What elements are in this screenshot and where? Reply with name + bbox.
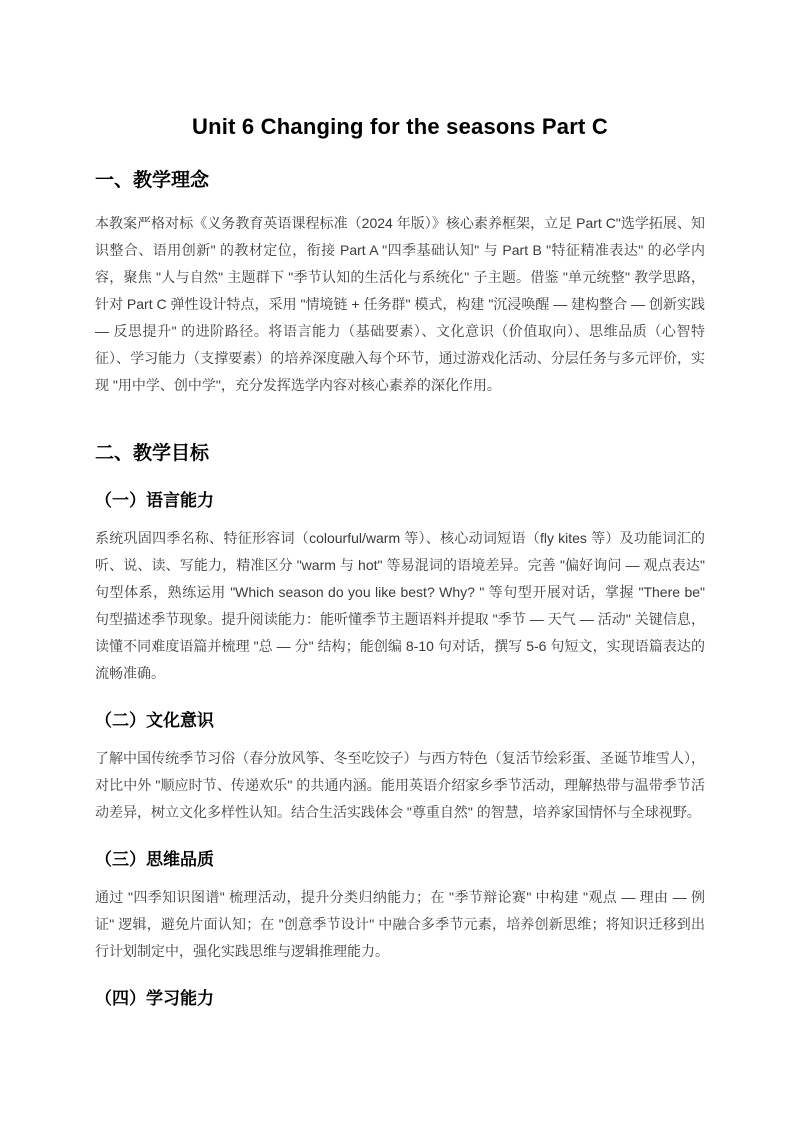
- subsection-heading-learning-ability: （四）学习能力: [95, 987, 705, 1011]
- document-page: Unit 6 Changing for the seasons Part C 一…: [0, 0, 794, 1123]
- subsection-heading-thinking-quality: （三）思维品质: [95, 848, 705, 872]
- paragraph-teaching-philosophy: 本教案严格对标《义务教育英语课程标准（2024 年版）》核心素养框架，立足 Pa…: [95, 210, 705, 399]
- paragraph-language-ability: 系统巩固四季名称、特征形容词（colourful/warm 等）、核心动词短语（…: [95, 525, 705, 687]
- paragraph-cultural-awareness: 了解中国传统季节习俗（春分放风筝、冬至吃饺子）与西方特色（复活节绘彩蛋、圣诞节堆…: [95, 745, 705, 826]
- document-title: Unit 6 Changing for the seasons Part C: [95, 112, 705, 142]
- subsection-heading-cultural-awareness: （二）文化意识: [95, 709, 705, 733]
- subsection-heading-language-ability: （一）语言能力: [95, 489, 705, 513]
- spacer: [95, 407, 705, 417]
- section-heading-teaching-objectives: 二、教学目标: [95, 441, 705, 467]
- paragraph-thinking-quality: 通过 "四季知识图谱" 梳理活动，提升分类归纳能力；在 "季节辩论赛" 中构建 …: [95, 884, 705, 965]
- section-heading-teaching-philosophy: 一、教学理念: [95, 168, 705, 194]
